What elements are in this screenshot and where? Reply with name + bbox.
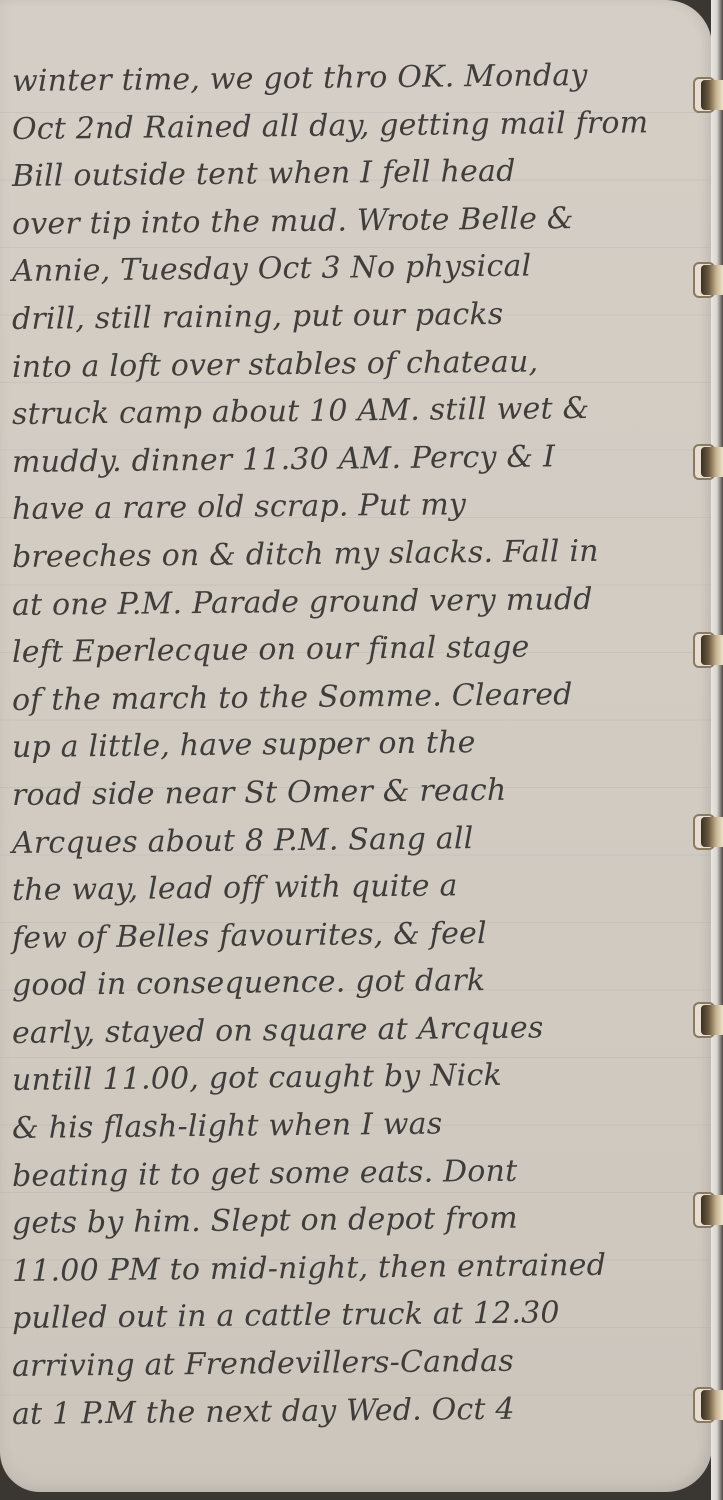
page-edge (711, 0, 723, 1500)
binding-ring-icon (693, 77, 723, 113)
binding-ring-icon (693, 814, 723, 850)
text-line: few of Belles favourites, & feel (12, 908, 692, 963)
text-line: over tip into the mud. Wrote Belle & (12, 194, 692, 249)
binding-ring-icon (693, 1192, 723, 1228)
text-line: have a rare old scrap. Put my (12, 479, 692, 534)
text-line: up a little, have supper on the (12, 717, 692, 772)
binding-ring-icon (693, 632, 723, 668)
text-line: & his flash-light when I was (12, 1098, 692, 1153)
binding-ring-icon (693, 262, 723, 298)
diary-page: winter time, we got thro OK. Monday Oct … (0, 0, 712, 1492)
text-line: struck camp about 10 AM. still wet & (12, 384, 692, 439)
text-line: left Eperlecque on our final stage (12, 622, 692, 677)
text-line: Arcques about 8 P.M. Sang all (12, 812, 692, 867)
text-line: pulled out in a cattle truck at 12.30 (12, 1288, 692, 1343)
text-line: gets by him. Slept on depot from (12, 1193, 692, 1248)
text-line: beating it to get some eats. Dont (12, 1146, 692, 1201)
text-line: Annie, Tuesday Oct 3 No physical (12, 241, 692, 296)
text-line: arriving at Frendevillers-Candas (12, 1336, 692, 1391)
text-line: early, stayed on square at Arcques (12, 1003, 692, 1058)
text-line: into a loft over stables of chateau, (12, 336, 692, 391)
text-line: Oct 2nd Rained all day, getting mail fro… (12, 98, 692, 153)
notebook: winter time, we got thro OK. Monday Oct … (0, 0, 723, 1500)
text-line: drill, still raining, put our packs (12, 289, 692, 344)
text-line: untill 11.00, got caught by Nick (12, 1050, 692, 1105)
binding-ring-icon (693, 1002, 723, 1038)
text-line: good in consequence. got dark (12, 955, 692, 1010)
text-line: at one P.M. Parade ground very mudd (12, 574, 692, 629)
text-line: Bill outside tent when I fell head (12, 146, 692, 201)
text-line: of the march to the Somme. Cleared (12, 670, 692, 725)
text-line: 11.00 PM to mid-night, then entrained (12, 1241, 692, 1296)
binding-ring-icon (693, 1387, 723, 1423)
handwritten-text: winter time, we got thro OK. Monday Oct … (12, 58, 692, 1438)
text-line: at 1 P.M the next day Wed. Oct 4 (12, 1384, 692, 1439)
text-line: winter time, we got thro OK. Monday (12, 51, 692, 106)
text-line: breeches on & ditch my slacks. Fall in (12, 527, 692, 582)
text-line: road side near St Omer & reach (12, 765, 692, 820)
binding-ring-icon (693, 444, 723, 480)
text-line: the way, lead off with quite a (12, 860, 692, 915)
text-line: muddy. dinner 11.30 AM. Percy & I (12, 432, 692, 487)
